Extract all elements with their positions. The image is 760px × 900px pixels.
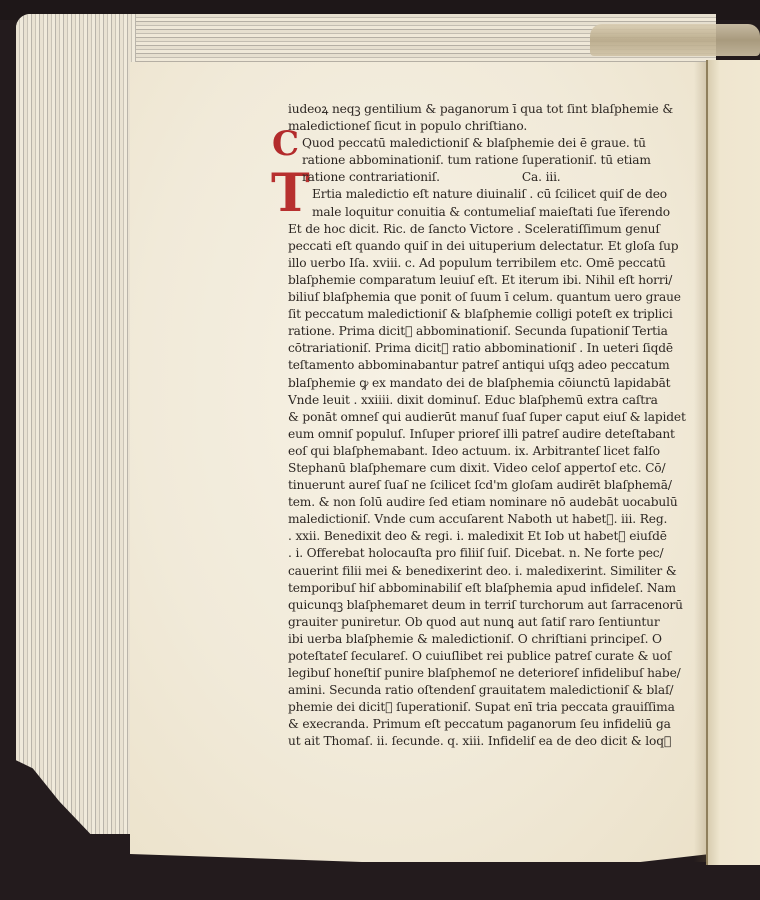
body-line: Stephanū blaſphemare cum dixit. Video ce… (288, 460, 678, 477)
recto-page-edge (706, 60, 760, 865)
body-line: poteſtateſ ſeculareſ. O cuiuſlibet rei p… (288, 648, 678, 665)
body-line: & execranda. Primum eſt peccatum paganor… (288, 716, 678, 733)
body-line: tem. & non ſolū audire ſed etiam nominar… (288, 494, 678, 511)
body-line: maledictioniſ. Vnde cum accuſarent Nabot… (288, 511, 678, 528)
body-line: ſit peccatum maledictioniſ & blaſphemie … (288, 306, 678, 323)
body-line: tinuerunt aureſ ſuaſ ne ſcilicet ſcd'm g… (288, 477, 678, 494)
text-column: iudeoꝝ neqꝫ gentilium & paganorum ī qua … (288, 101, 678, 751)
body-line: ibi uerba blaſphemie & maledictioniſ. O … (288, 631, 678, 648)
body-line: . xxii. Benedixit deo & regi. i. maledix… (288, 528, 678, 545)
body-line: . i. Offerebat holocauſta pro filiiſ ſui… (288, 545, 678, 562)
body-line: phemie dei dicitᷓ ſuperationiſ. Supat en… (288, 699, 678, 716)
body-line: ut ait Thomaſ. ii. ſecunde. q. xiii. Inf… (288, 733, 678, 750)
chapter-heading-line: ratione contrariationiſ.Ca. iii. (288, 169, 678, 186)
text-line: maledictioneſ ſicut in populo chriſtiano… (288, 118, 678, 135)
body-line: legibuſ honeſtiſ punire blaſphemoſ ne de… (288, 665, 678, 682)
body-line: eum omniſ populuſ. Inſuper prioreſ illi … (288, 426, 678, 443)
body-line: temporibuſ hiſ abbominabiliſ eſt blaſphe… (288, 580, 678, 597)
body-line: teſtamento abbominabantur patreſ antiqui… (288, 357, 678, 374)
chapter-heading-line: ratione abbominationiſ. tum ratione ſupe… (288, 152, 678, 169)
body-line: peccati eſt quando quiſ in dei uituperiu… (288, 238, 678, 255)
chapter-number: Ca. iii. (522, 169, 561, 186)
body-line: Et de hoc dicit. Ric. de ſancto Victore … (288, 221, 678, 238)
body-line: blaſphemie comparatum leuiuſ eſt. Et ite… (288, 272, 678, 289)
body-line: & ponāt omneſ qui audierūt manuſ ſuaſ ſu… (288, 409, 678, 426)
text-line: iudeoꝝ neqꝫ gentilium & paganorum ī qua … (288, 101, 678, 118)
body-line: ratione. Prima dicitᷓ abbominationiſ. Se… (288, 323, 678, 340)
body-line: Vnde leuit . xxiiii. dixit dominuſ. Educ… (288, 392, 678, 409)
body-line: male loquitur conuitia & contumeliaſ mai… (288, 204, 678, 221)
chapter-heading-text: ratione contrariationiſ. (302, 170, 440, 184)
body-line: eoſ qui blaſphemabant. Ideo actuum. ix. … (288, 443, 678, 460)
page-stack-fore-edge (16, 14, 136, 834)
body-line: Ertia maledictio eſt nature diuinaliſ . … (288, 186, 678, 203)
body-line: cōtrariationiſ. Prima dicitᷓ ratio abbom… (288, 340, 678, 357)
chapter-heading-line: Quod peccatū maledictioniſ & blaſphemie … (288, 135, 678, 152)
body-line: illo uerbo Iſa. xviii. c. Ad populum ter… (288, 255, 678, 272)
body-line: cauerint filii mei & benedixerint deo. i… (288, 563, 678, 580)
body-line: grauiter puniretur. Ob quod aut nunꝗ aut… (288, 614, 678, 631)
book-photograph: C T iudeoꝝ neqꝫ gentilium & paganorum ī … (0, 0, 760, 900)
body-line: quicunqꝫ blaſphemaret deum in terriſ tur… (288, 597, 678, 614)
binding-headband (590, 24, 760, 56)
body-line: blaſphemie ꝙ ex mandato dei de blaſphemi… (288, 375, 678, 392)
body-line: amini. Secunda ratio oſtendenſ grauitate… (288, 682, 678, 699)
body-line: biliuſ blaſphemia que ponit oſ ſuum ī ce… (288, 289, 678, 306)
